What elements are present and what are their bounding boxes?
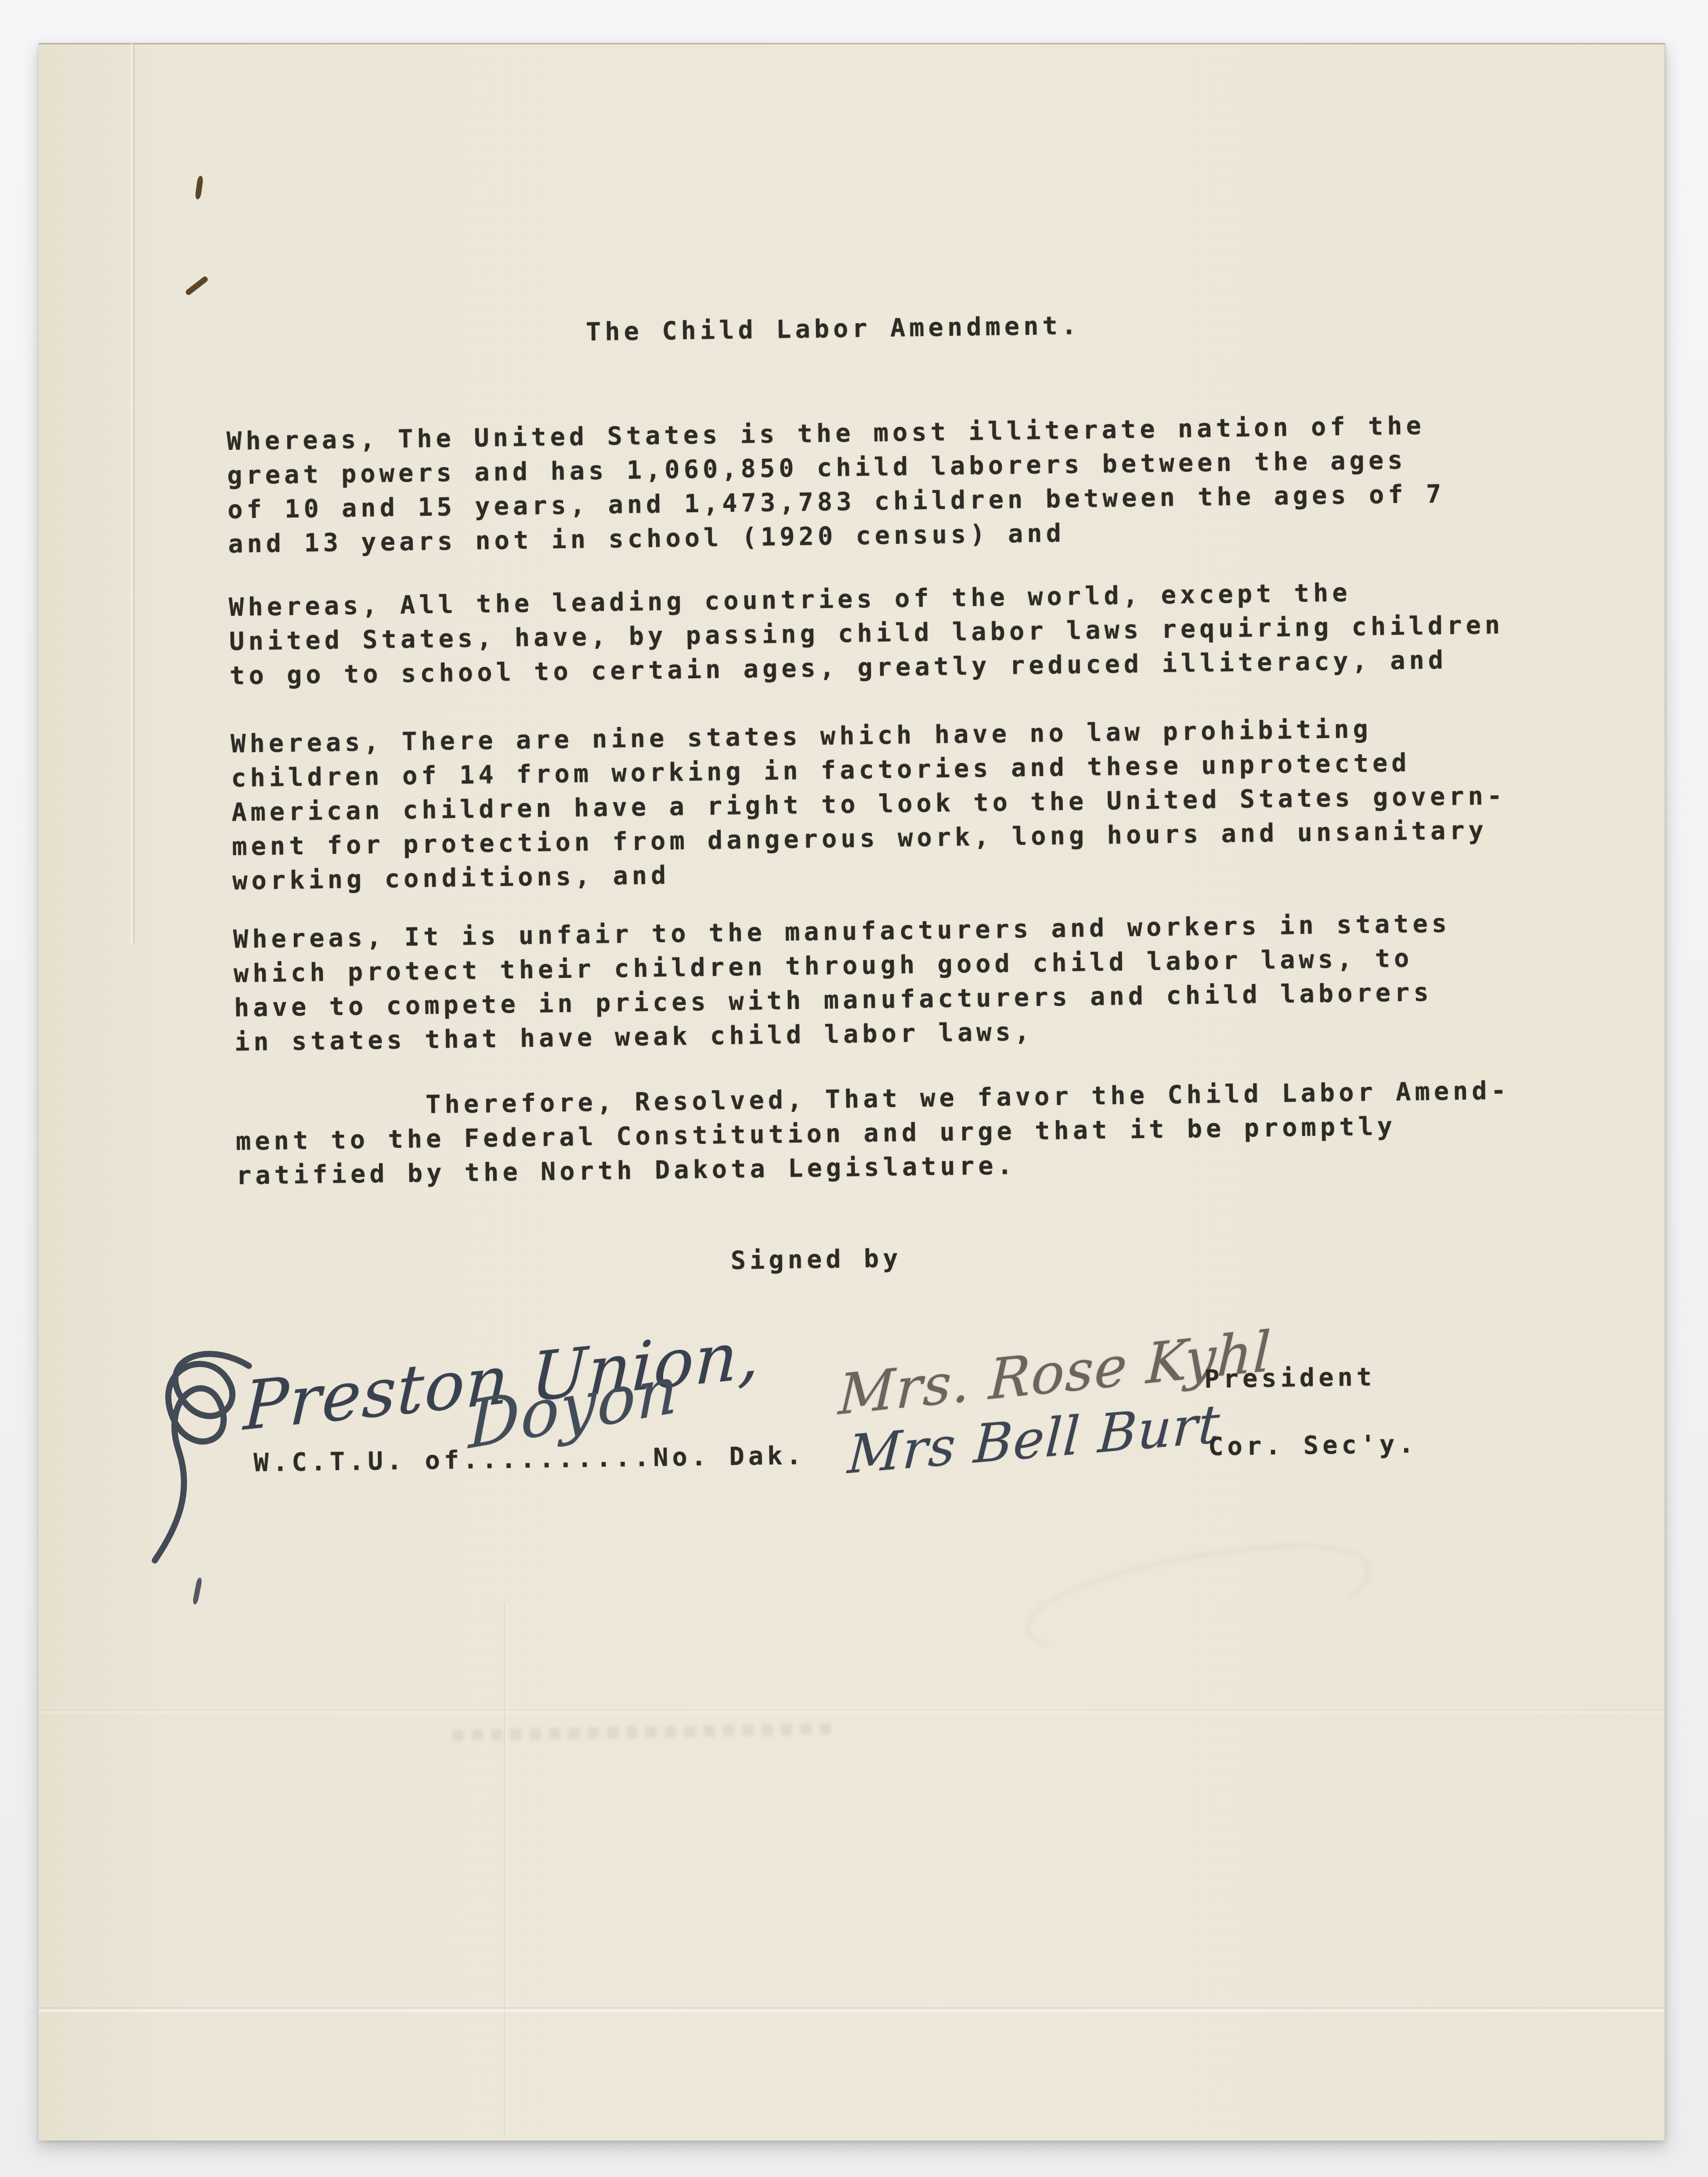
cor-secy-title-text: Cor. Sec'y. [1208, 1427, 1418, 1464]
signed-by-label: Signed by [730, 1241, 902, 1278]
paragraph-whereas-countries: Whereas, All the leading countries of th… [229, 574, 1505, 693]
signed-by-text: Signed by [730, 1241, 902, 1278]
president-title-text: President [1204, 1360, 1376, 1396]
typed-text-layer: The Child Labor Amendment. Whereas, The … [0, 0, 1708, 2177]
scanner-background: The Child Labor Amendment. Whereas, The … [0, 0, 1708, 2177]
cor-secy-title: Cor. Sec'y. [1208, 1427, 1418, 1464]
president-title: President [1204, 1360, 1376, 1396]
paragraph-whereas-illiterate: Whereas, The United States is the most i… [227, 409, 1446, 561]
org-prefix: W.C.T.U. of [253, 1446, 463, 1477]
org-suffix: No. Dak. [653, 1441, 805, 1472]
paragraph-whereas-nine-states: Whereas, There are nine states which hav… [231, 710, 1507, 898]
document-title: The Child Labor Amendment. [585, 308, 1080, 349]
title-text: The Child Labor Amendment. [585, 308, 1080, 349]
paragraph-therefore-resolved: Therefore, Resolved, That we favor the C… [235, 1074, 1511, 1193]
paragraph-whereas-unfair: Whereas, It is unfair to the manufacture… [233, 907, 1452, 1060]
